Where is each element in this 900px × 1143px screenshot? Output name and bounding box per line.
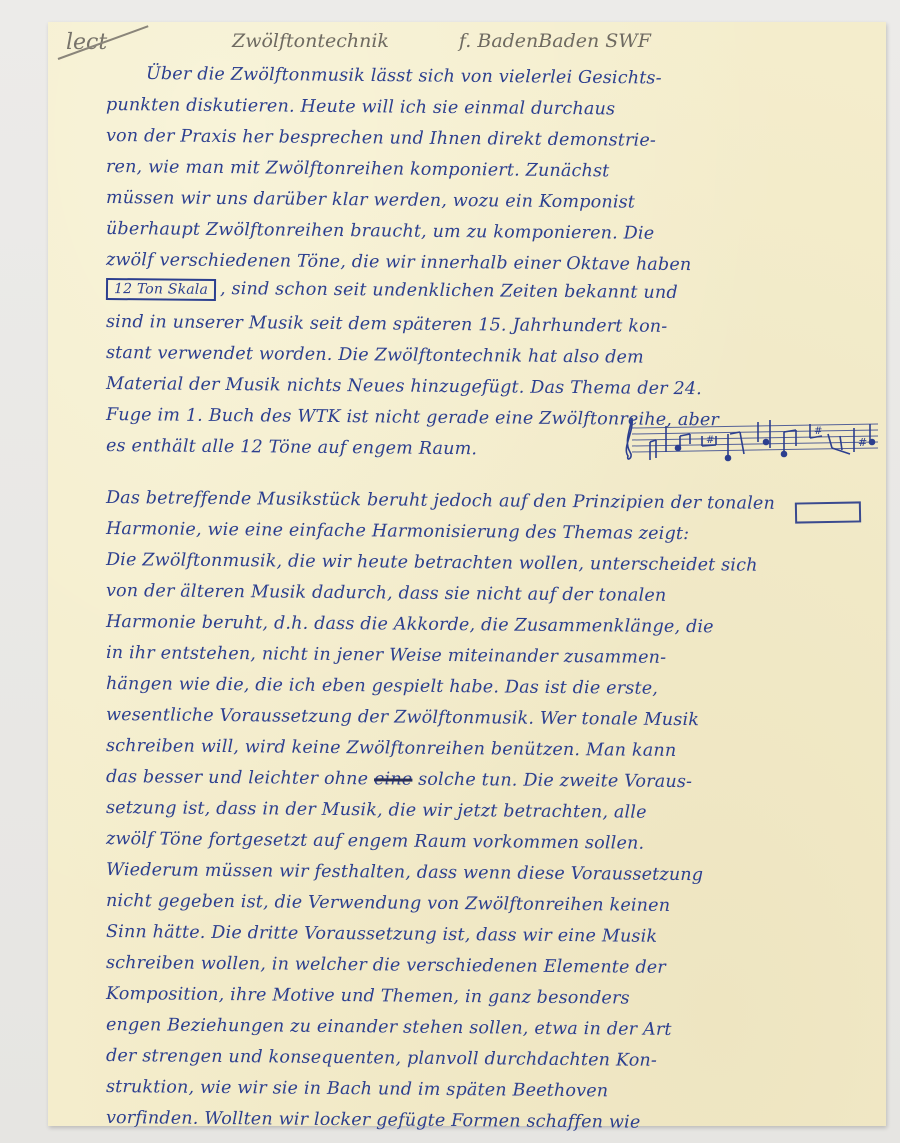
svg-text:#: #: [706, 435, 714, 446]
text-segment: solche tun. Die zweite Voraus-: [418, 770, 692, 792]
struck-word: eine: [374, 769, 413, 789]
empty-placeholder-box: [795, 501, 861, 523]
boxed-annotation-12-ton-skala: 12 Ton Skala: [106, 278, 216, 301]
text-segment: , sind schon seit undenklichen Zeiten be…: [220, 279, 678, 303]
text-line: es enthält alle 12 Töne auf engem Raum.: [106, 436, 477, 459]
page-header: Zwölftontechnikf. BadenBaden SWF: [232, 30, 651, 52]
header-destination: f. BadenBaden SWF: [459, 30, 651, 52]
header-title: Zwölftontechnik: [232, 30, 389, 52]
svg-text:#: #: [814, 426, 822, 437]
text-segment: das besser und leichter ohne: [106, 767, 368, 789]
svg-text:#: #: [858, 436, 867, 449]
music-notation-example: # # #: [620, 412, 882, 472]
